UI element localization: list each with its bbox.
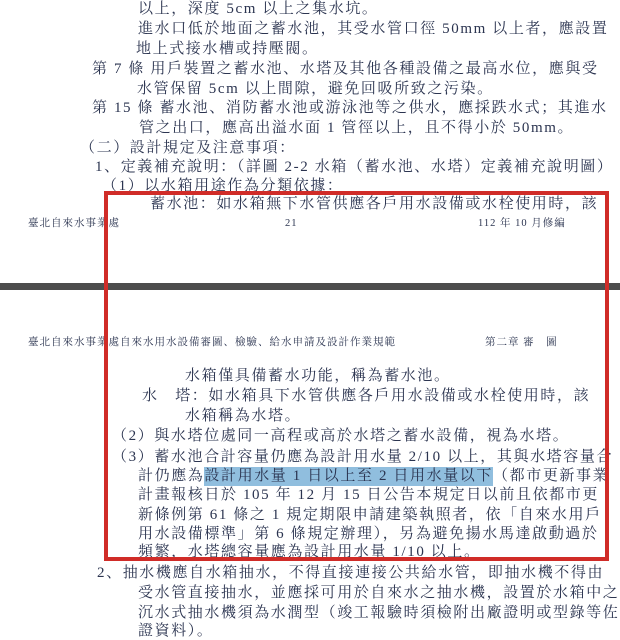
text-line: 管之出口，應高出溢水面 1 管徑以上，且不得小於 50mm。	[139, 121, 574, 136]
text-line: 第 15 條 蓄水池、消防蓄水池或游泳池等之供水，應採跌水式；其進水	[92, 101, 608, 116]
header-document-title: 臺北自來水事業處自來水用水設備審圖、檢驗、給水申請及設計作業規範	[28, 337, 396, 348]
text-line: 新條例第 61 條之 1 規定期限申請建築執照者，依「自來水用戶	[138, 508, 602, 523]
text-line: 用水設備標準」第 6 條規定辦理），另為避免揚水馬達啟動過於	[138, 527, 599, 542]
text-line: 沉水式抽水機須為水潤型（竣工報驗時須檢附出廠證明或型錄等佐	[138, 606, 619, 621]
pdf-viewport: 以上，深度 5cm 以上之集水坑。 進水口低於地面之蓄水池，其受水管口徑 50m…	[0, 0, 620, 640]
text-after-highlight: （都市更新事業	[493, 468, 609, 484]
footer-page-number: 21	[285, 218, 298, 229]
text-line: 水箱稱為水塔。	[185, 409, 301, 424]
text-line: 頻繁，水塔總容量應為設計用水量 1/10 以上。	[138, 545, 481, 560]
text-before-highlight: 計仍應為	[138, 468, 204, 484]
footer-org-name: 臺北自來水事業處	[28, 218, 120, 229]
text-line: 計畫報核日於 105 年 12 月 15 日公告本規定日以前且依都市更	[138, 488, 599, 503]
text-line-with-selection: 計仍應為設計用水量 1 日以上至 2 日用水量以下（都市更新事業	[138, 469, 609, 484]
text-line: （2）與水塔位處同一高程或高於水塔之蓄水設備，視為水塔。	[112, 429, 569, 444]
text-line: （二）設計規定及注意事項：	[80, 141, 296, 156]
text-line: 進水口低於地面之蓄水池，其受水管口徑 50mm 以上者，應設置	[138, 22, 608, 37]
text-line: 2、抽水機應自水箱抽水，不得直接連接公共給水管，即抽水機不得由	[97, 566, 604, 581]
text-line: 證資料）。	[138, 624, 214, 639]
text-line: 以上，深度 5cm 以上之集水坑。	[138, 2, 379, 17]
text-line: 受水管直接抽水，並應採可用於自來水之抽水機，設置於水箱中之	[138, 586, 619, 601]
text-highlight: 設計用水量 1 日以上至 2 日用水量以下	[204, 467, 493, 486]
text-line: （1）以水箱用途作為分類依據：	[102, 179, 344, 194]
text-line: 水管保留 5cm 以上間隙，避免回吸所致之污染。	[137, 82, 494, 97]
text-line: （3）蓄水池合計容量仍應為設計用水量 2/10 以上，其與水塔容量合	[112, 450, 613, 465]
text-line: 水箱僅具備蓄水功能，稱為蓄水池。	[185, 369, 451, 384]
text-line: 1、定義補充說明：（詳圖 2-2 水箱（蓄水池、水塔）定義補充說明圖）	[95, 160, 614, 175]
text-line: 蓄水池：如水箱無下水管供應各戶用水設備或水栓使用時，該	[150, 197, 598, 212]
text-line: 水 塔：如水箱具下水管供應各戶用水設備或水栓使用時，該	[142, 389, 590, 404]
text-line: 第 7 條 用戶裝置之蓄水池、水塔及其他各種設備之最高水位，應與受	[92, 62, 599, 77]
text-line: 地上式接水槽或持壓閥。	[136, 42, 319, 57]
page-divider	[0, 283, 620, 290]
footer-revision-date: 112 年 10 月修編	[478, 218, 566, 229]
header-chapter-label: 第二章 審 圖	[485, 337, 558, 348]
